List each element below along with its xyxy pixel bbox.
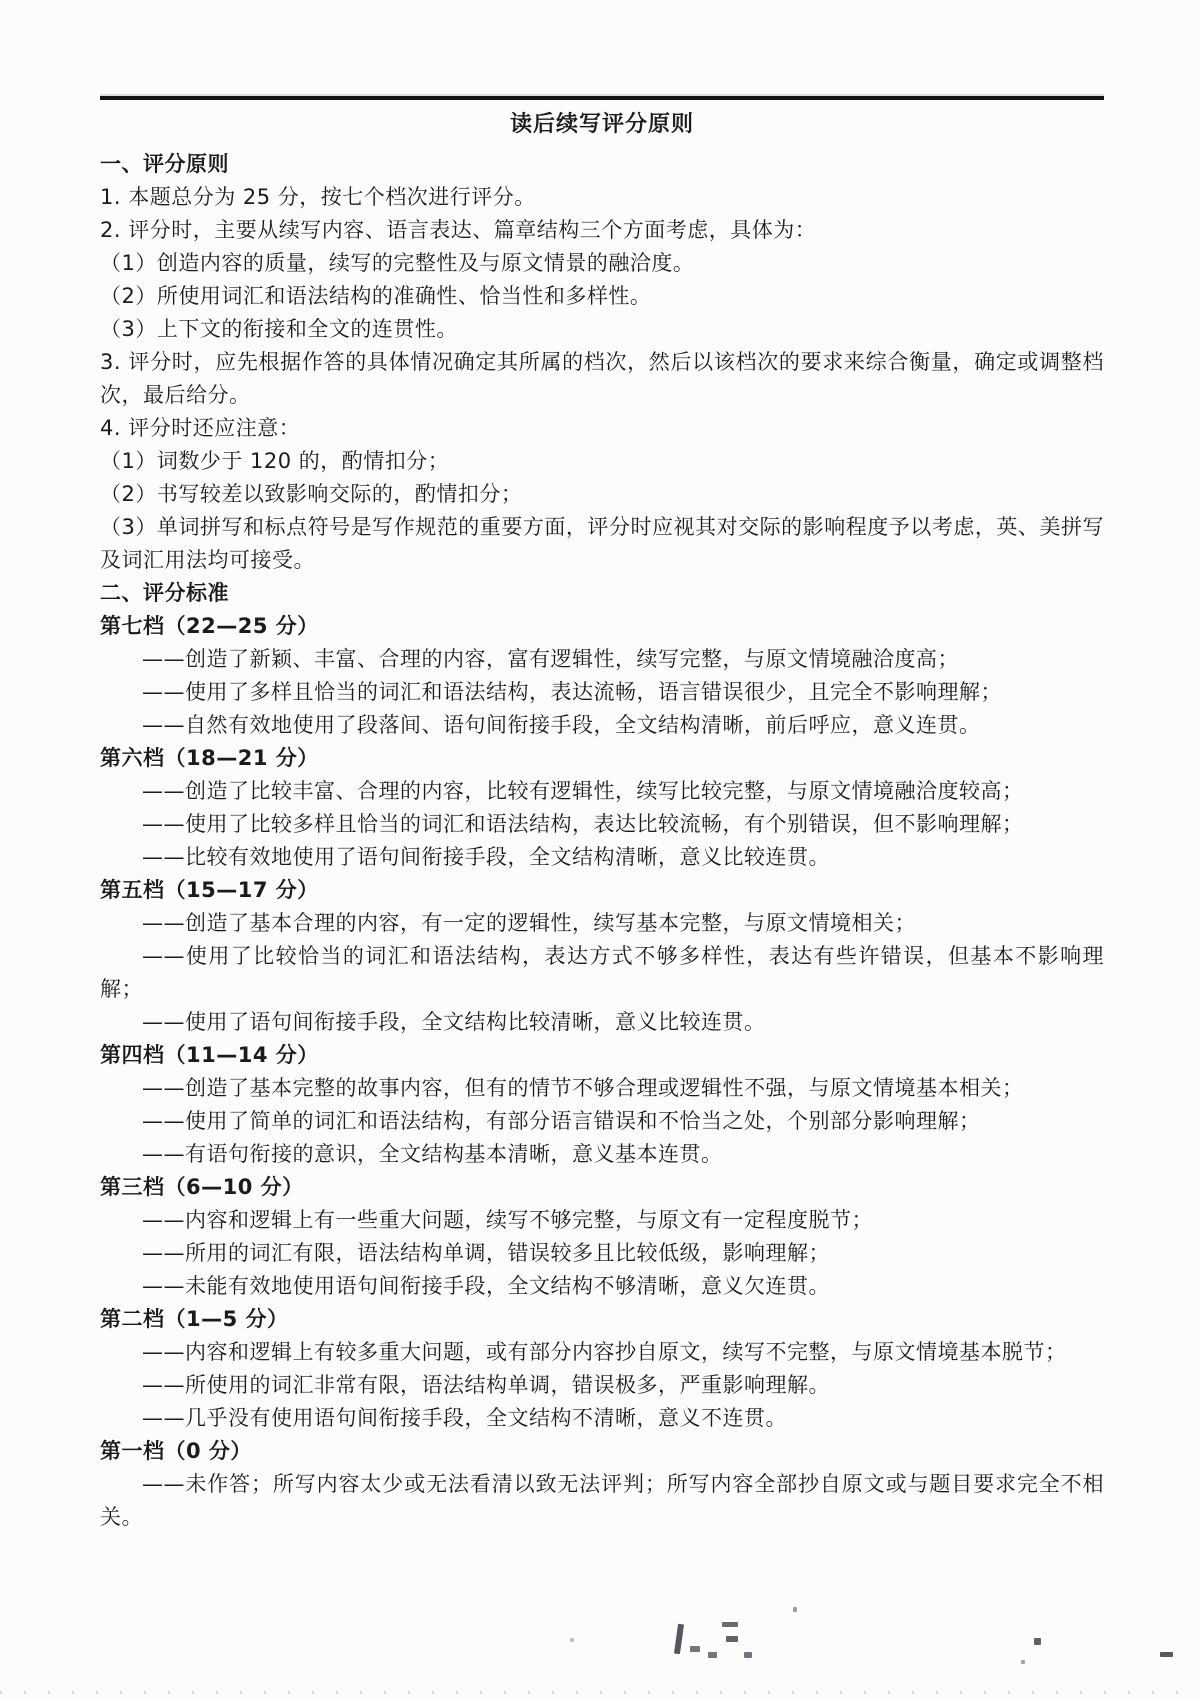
section-heading-criteria: 二、评分标准 (100, 577, 1104, 610)
band-6-title: 第六档（18—21 分） (100, 742, 1104, 775)
principles-item-1: 1. 本题总分为 25 分，按七个档次进行评分。 (100, 181, 1104, 214)
document-title: 读后续写评分原则 (100, 108, 1104, 142)
band-6-point-1: ——创造了比较丰富、合理的内容，比较有逻辑性，续写比较完整，与原文情境融洽度较高… (100, 775, 1104, 808)
scan-artifact (793, 1607, 797, 1612)
band-7-point-3: ——自然有效地使用了段落间、语句间衔接手段，全文结构清晰，前后呼应，意义连贯。 (100, 709, 1104, 742)
band-7-point-1: ——创造了新颖、丰富、合理的内容，富有逻辑性，续写完整，与原文情境融洽度高； (100, 643, 1104, 676)
band-1-title: 第一档（0 分） (100, 1435, 1104, 1468)
principles-item-4-1: （1）词数少于 120 的，酌情扣分； (100, 445, 1104, 478)
scan-artifact (1034, 1638, 1041, 1645)
band-4-point-3: ——有语句衔接的意识，全文结构基本清晰，意义基本连贯。 (100, 1138, 1104, 1171)
band-6-point-2: ——使用了比较多样且恰当的词汇和语法结构，表达比较流畅，有个别错误，但不影响理解… (100, 808, 1104, 841)
principles-item-4-2: （2）书写较差以致影响交际的，酌情扣分； (100, 478, 1104, 511)
principles-item-2: 2. 评分时，主要从续写内容、语言表达、篇章结构三个方面考虑，具体为： (100, 214, 1104, 247)
band-3-point-3: ——未能有效地使用语句间衔接手段，全文结构不够清晰，意义欠连贯。 (100, 1270, 1104, 1303)
band-4-point-2: ——使用了简单的词汇和语法结构，有部分语言错误和不恰当之处，个别部分影响理解； (100, 1105, 1104, 1138)
scan-noise-row (0, 1691, 1200, 1694)
band-1-point-1: ——未作答；所写内容太少或无法看清以致无法评判；所写内容全部抄自原文或与题目要求… (100, 1468, 1104, 1534)
scan-artifact (1160, 1652, 1173, 1657)
band-3-point-1: ——内容和逻辑上有一些重大问题，续写不够完整，与原文有一定程度脱节； (100, 1204, 1104, 1237)
scan-artifact (744, 1652, 752, 1658)
band-6-point-3: ——比较有效地使用了语句间衔接手段，全文结构清晰，意义比较连贯。 (100, 841, 1104, 874)
band-2-point-2: ——所使用的词汇非常有限，语法结构单调，错误极多，严重影响理解。 (100, 1369, 1104, 1402)
section-heading-principles: 一、评分原则 (100, 148, 1104, 181)
scan-artifact (722, 1622, 738, 1627)
band-2-title: 第二档（1—5 分） (100, 1303, 1104, 1336)
band-3-title: 第三档（6—10 分） (100, 1171, 1104, 1204)
scan-artifact (674, 1624, 684, 1655)
scan-artifact (726, 1636, 738, 1642)
band-7-point-2: ——使用了多样且恰当的词汇和语法结构，表达流畅，语言错误很少，且完全不影响理解； (100, 676, 1104, 709)
band-3-point-2: ——所用的词汇有限，语法结构单调，错误较多且比较低级，影响理解； (100, 1237, 1104, 1270)
principles-item-4-3: （3）单词拼写和标点符号是写作规范的重要方面，评分时应视其对交际的影响程度予以考… (100, 511, 1104, 577)
scan-artifact (570, 1638, 574, 1642)
principles-item-2-2: （2）所使用词汇和语法结构的准确性、恰当性和多样性。 (100, 280, 1104, 313)
principles-item-2-3: （3）上下文的衔接和全文的连贯性。 (100, 313, 1104, 346)
band-5-point-2: ——使用了比较恰当的词汇和语法结构，表达方式不够多样性，表达有些许错误，但基本不… (100, 940, 1104, 1006)
band-4-point-1: ——创造了基本完整的故事内容，但有的情节不够合理或逻辑性不强，与原文情境基本相关… (100, 1072, 1104, 1105)
band-7-title: 第七档（22—25 分） (100, 610, 1104, 643)
band-4-title: 第四档（11—14 分） (100, 1039, 1104, 1072)
band-5-point-3: ——使用了语句间衔接手段，全文结构比较清晰，意义比较连贯。 (100, 1006, 1104, 1039)
scan-artifact (708, 1652, 717, 1658)
header-rule (100, 96, 1104, 100)
principles-item-4: 4. 评分时还应注意： (100, 412, 1104, 445)
band-2-point-1: ——内容和逻辑上有较多重大问题，或有部分内容抄自原文，续写不完整，与原文情境基本… (100, 1336, 1104, 1369)
scan-artifact (690, 1646, 700, 1652)
principles-item-2-1: （1）创造内容的质量，续写的完整性及与原文情景的融洽度。 (100, 247, 1104, 280)
principles-item-3: 3. 评分时，应先根据作答的具体情况确定其所属的档次，然后以该档次的要求来综合衡… (100, 346, 1104, 412)
band-5-title: 第五档（15—17 分） (100, 874, 1104, 907)
scan-artifact (1021, 1660, 1025, 1664)
band-5-point-1: ——创造了基本合理的内容，有一定的逻辑性，续写基本完整，与原文情境相关； (100, 907, 1104, 940)
document-page: 读后续写评分原则 一、评分原则 1. 本题总分为 25 分，按七个档次进行评分。… (100, 96, 1104, 1534)
band-2-point-3: ——几乎没有使用语句间衔接手段，全文结构不清晰，意义不连贯。 (100, 1402, 1104, 1435)
